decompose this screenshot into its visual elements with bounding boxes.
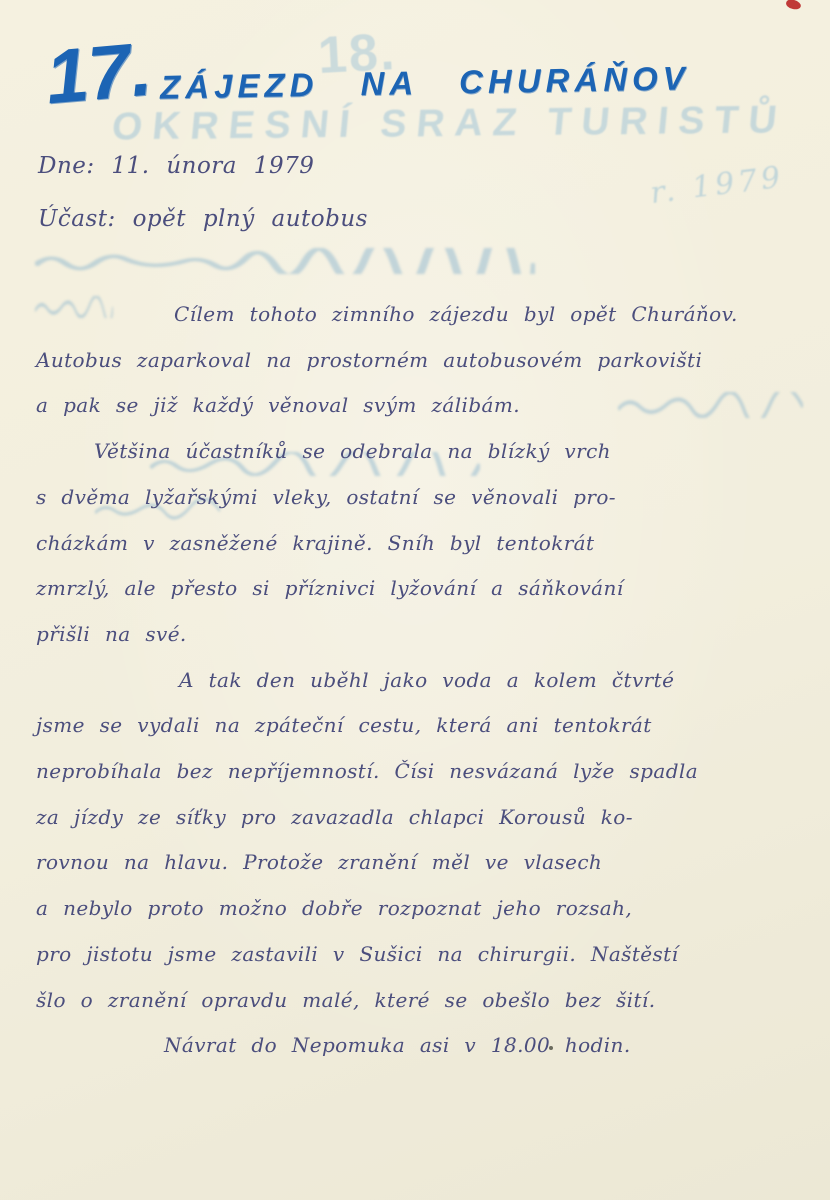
ghost-handwriting-smudge (35, 248, 535, 274)
scanned-page: 18. OKRESNÍ SRAZ TURISTŮ r. 1979 17. ZÁJ… (0, 0, 830, 1200)
red-ink-mark (785, 0, 802, 11)
body-line: přišli na své. (36, 612, 811, 658)
body-line: cházkám v zasněžené krajině. Sníh byl te… (36, 521, 811, 567)
paper-speck (549, 1046, 553, 1050)
body-line: a nebylo proto možno dobře rozpoznat jeh… (36, 886, 811, 932)
body-line: Cílem tohoto zimního zájezdu byl opět Ch… (36, 292, 811, 338)
body-line: rovnou na hlavu. Protože zranění měl ve … (36, 840, 811, 886)
bleed-through-year: r. 1979 (648, 160, 786, 211)
body-text: Cílem tohoto zimního zájezdu byl opět Ch… (36, 292, 811, 1069)
body-line: za jízdy ze síťky pro zavazadla chlapci … (36, 795, 811, 841)
body-line: A tak den uběhl jako voda a kolem čtvrté (36, 658, 811, 704)
body-line: neprobíhala bez nepříjemností. Čísi nesv… (36, 749, 811, 795)
date-line: Dne: 11. února 1979 (38, 140, 368, 193)
body-line: a pak se již každý věnoval svým zálibám. (36, 383, 811, 429)
meta-block: Dne: 11. února 1979 Účast: opět plný aut… (38, 140, 368, 246)
body-line: pro jistotu jsme zastavili v Sušici na c… (36, 932, 811, 978)
participation-line: Účast: opět plný autobus (38, 193, 368, 246)
body-line: zmrzlý, ale přesto si příznivci lyžování… (36, 566, 811, 612)
body-line: Většina účastníků se odebrala na blízký … (36, 429, 811, 475)
body-line: Autobus zaparkoval na prostorném autobus… (36, 338, 811, 384)
body-line: Návrat do Nepomuka asi v 18.00 hodin. (36, 1023, 811, 1069)
body-line: s dvěma lyžařskými vleky, ostatní se věn… (36, 475, 811, 521)
trip-number: 17. (42, 26, 155, 122)
body-line: jsme se vydali na zpáteční cestu, která … (36, 703, 811, 749)
body-line: šlo o zranění opravdu malé, které se obe… (36, 978, 811, 1024)
